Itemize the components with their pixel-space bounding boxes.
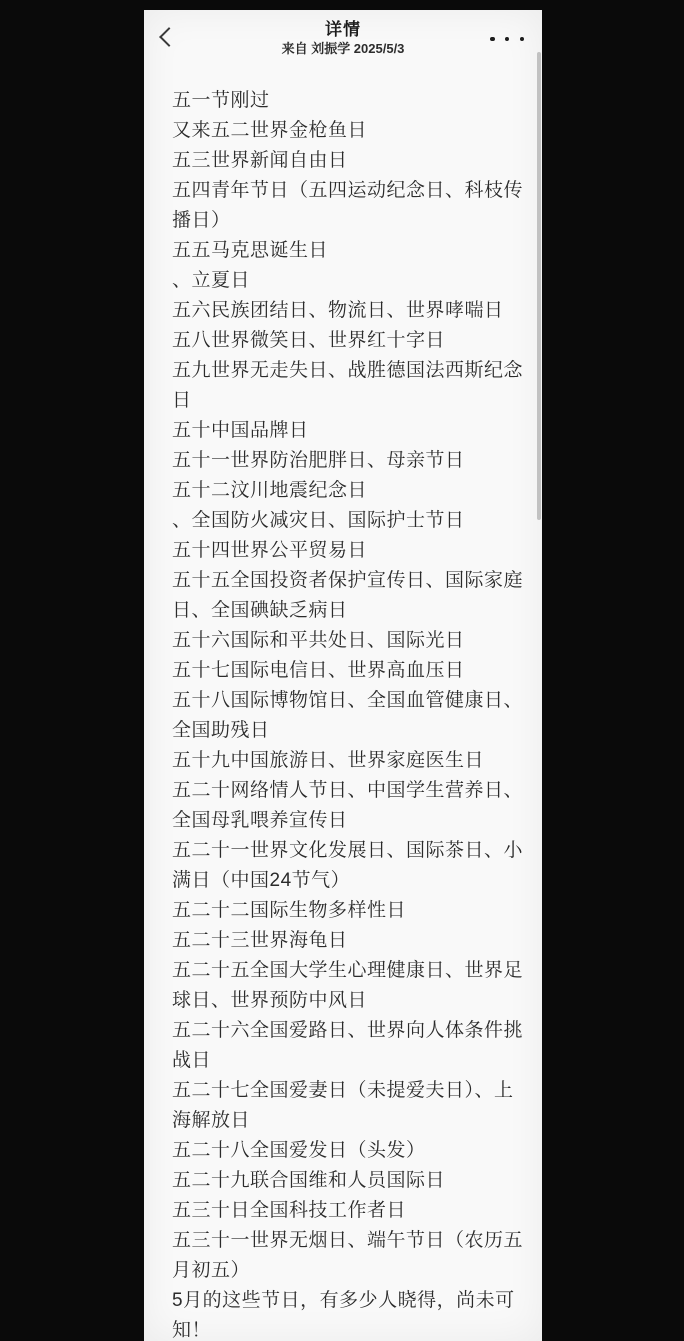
ellipsis-icon <box>505 37 510 42</box>
body-line: 全国母乳喂养宣传日 <box>172 806 518 836</box>
body-line: 五十中国品牌日 <box>172 416 518 446</box>
body-line: 五二十八全国爱发日（头发） <box>172 1136 518 1166</box>
body-line: 五二十三世界海龟日 <box>172 926 518 956</box>
body-line: 全国助残日 <box>172 716 518 746</box>
ellipsis-icon <box>490 37 495 42</box>
body-line: 五三世界新闻自由日 <box>172 146 518 176</box>
body-line: 播日） <box>172 206 518 236</box>
body-line: 满日（中国24节气） <box>172 866 518 896</box>
body-line: 五十九中国旅游日、世界家庭医生日 <box>172 746 518 776</box>
body-line: 5月的这些节日，有多少人晓得，尚未可 <box>172 1286 518 1316</box>
ellipsis-icon <box>520 37 525 42</box>
body-line: 五十五全国投资者保护宣传日、国际家庭 <box>172 566 518 596</box>
body-line: 五十七国际电信日、世界高血压日 <box>172 656 518 686</box>
body-line: 五十六国际和平共处日、国际光日 <box>172 626 518 656</box>
page-title: 详情 <box>144 10 542 41</box>
body-line: 五十二汶川地震纪念日 <box>172 476 518 506</box>
body-line: 、全国防火减灾日、国际护士节日 <box>172 506 518 536</box>
page-subtitle: 来自 刘振学 2025/5/3 <box>144 41 542 57</box>
body-line: 日、全国碘缺乏病日 <box>172 596 518 626</box>
message-body: 五一节刚过又来五二世界金枪鱼日五三世界新闻自由日五四青年节日（五四运动纪念日、科… <box>144 62 542 1341</box>
body-line: 五二十一世界文化发展日、国际茶日、小 <box>172 836 518 866</box>
body-line: 球日、世界预防中风日 <box>172 986 518 1016</box>
back-button[interactable] <box>154 22 184 52</box>
body-line: 五三十一世界无烟日、端午节日（农历五 <box>172 1226 518 1256</box>
body-line: 五三十日全国科技工作者日 <box>172 1196 518 1226</box>
body-line: 五十八国际博物馆日、全国血管健康日、 <box>172 686 518 716</box>
nav-bar: 详情 来自 刘振学 2025/5/3 <box>144 10 542 62</box>
body-line: 海解放日 <box>172 1106 518 1136</box>
body-line: 战日 <box>172 1046 518 1076</box>
body-line: 日 <box>172 386 518 416</box>
body-line: 五一节刚过 <box>172 86 518 116</box>
body-line: 五十一世界防治肥胖日、母亲节日 <box>172 446 518 476</box>
body-line: 五九世界无走失日、战胜德国法西斯纪念 <box>172 356 518 386</box>
body-line: 、立夏日 <box>172 266 518 296</box>
body-line: 五二十七全国爱妻日（未提爱夫日）、上 <box>172 1076 518 1106</box>
body-line: 五二十二国际生物多样性日 <box>172 896 518 926</box>
body-line: 知！ <box>172 1316 518 1341</box>
body-line: 月初五） <box>172 1256 518 1286</box>
body-line: 五六民族团结日、物流日、世界哮喘日 <box>172 296 518 326</box>
body-line: 五八世界微笑日、世界红十字日 <box>172 326 518 356</box>
body-line: 五二十九联合国维和人员国际日 <box>172 1166 518 1196</box>
scrollbar-thumb[interactable] <box>537 52 541 520</box>
body-line: 五二十五全国大学生心理健康日、世界足 <box>172 956 518 986</box>
body-line: 五四青年节日（五四运动纪念日、科枝传 <box>172 176 518 206</box>
chevron-left-icon <box>159 27 179 47</box>
more-options-button[interactable] <box>490 30 524 48</box>
body-line: 五五马克思诞生日 <box>172 236 518 266</box>
detail-screen: 详情 来自 刘振学 2025/5/3 五一节刚过又来五二世界金枪鱼日五三世界新闻… <box>144 10 542 1341</box>
body-line: 又来五二世界金枪鱼日 <box>172 116 518 146</box>
body-line: 五二十网络情人节日、中国学生营养日、 <box>172 776 518 806</box>
body-line: 五二十六全国爱路日、世界向人体条件挑 <box>172 1016 518 1046</box>
body-line: 五十四世界公平贸易日 <box>172 536 518 566</box>
